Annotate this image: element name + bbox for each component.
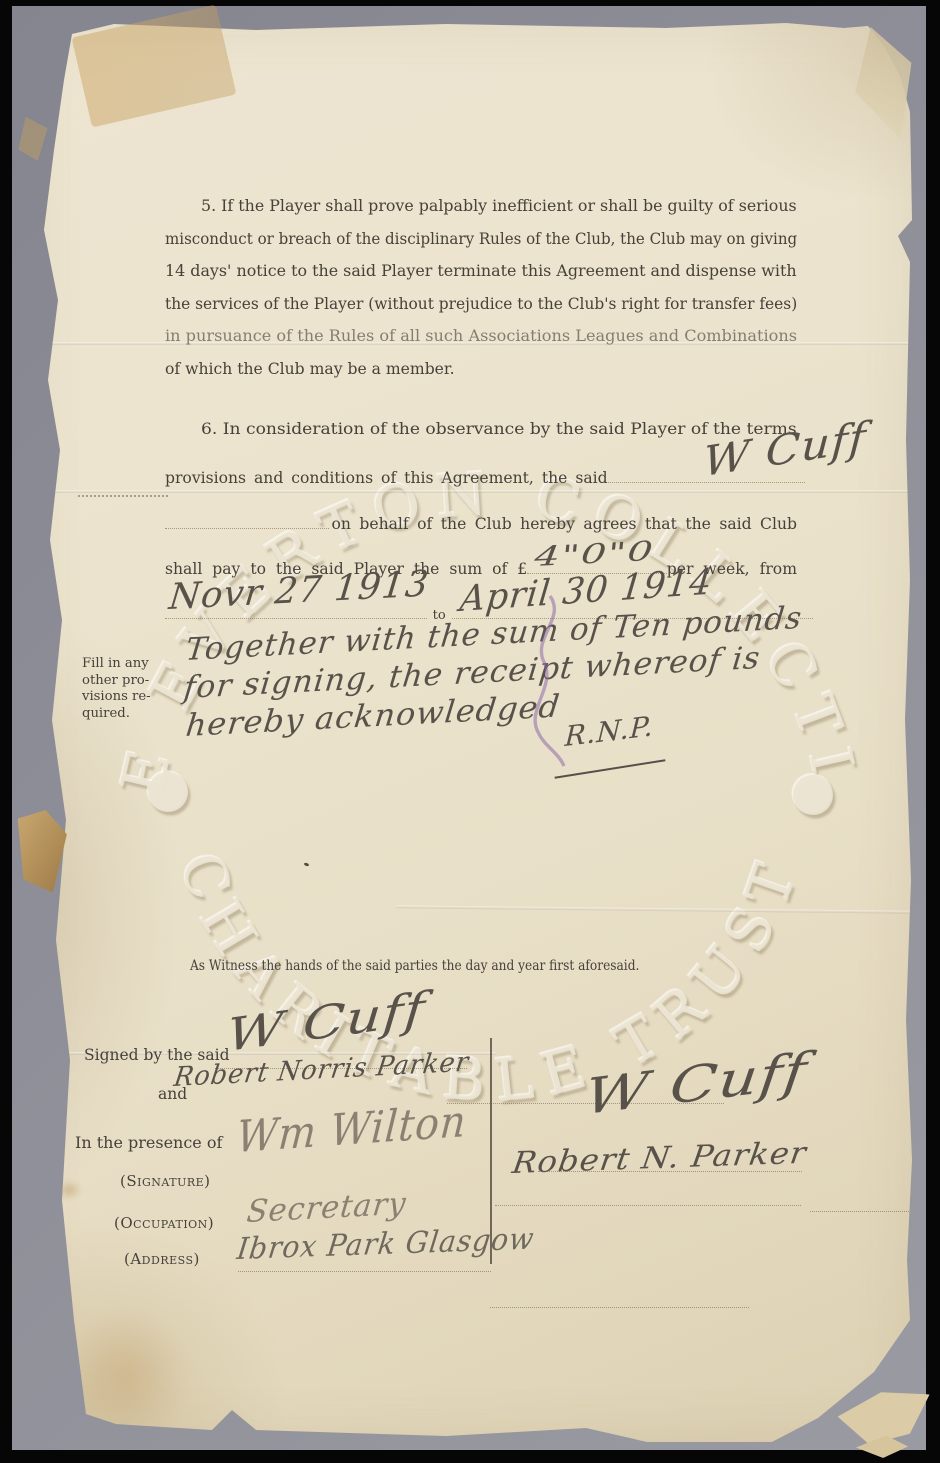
witness-address-line xyxy=(490,1293,749,1308)
clause-5-line: 5. If the Player shall prove palpably in… xyxy=(201,190,797,223)
fold-crease xyxy=(396,905,912,913)
margin-note-line: other pro- xyxy=(82,673,192,690)
address-label: (Address) xyxy=(124,1250,200,1268)
clause-5-line: the services of the Player (without prej… xyxy=(165,288,797,321)
right-party2-signature-line xyxy=(495,1191,801,1206)
fill-in-line: W Cuff xyxy=(608,468,805,483)
presence-label: In the presence of xyxy=(75,1133,222,1152)
document-paper: THE EVERTON COLLECTION CHARITABLE TRUST … xyxy=(26,20,912,1442)
clause-6-line-3-text: on behalf of the Club hereby agrees that… xyxy=(331,515,797,533)
clause-6-line-1-text: 6. In consideration of the observance by… xyxy=(201,420,797,438)
occupation-label: (Occupation) xyxy=(114,1214,214,1232)
fill-in-line xyxy=(165,514,329,529)
right-party1-signature: W Cuff xyxy=(582,1042,810,1126)
witness-clause-text: As Witness the hands of the said parties… xyxy=(190,958,639,974)
margin-note-line: quired. xyxy=(82,706,192,723)
scanned-document-page: { "watermark": { "arc_top": "THE EVERTON… xyxy=(0,0,940,1463)
watermark-right-dot xyxy=(793,775,833,815)
margin-note-line: Fill in any xyxy=(82,656,192,673)
clause-6-line-3: on behalf of the Club hereby agrees that… xyxy=(165,514,797,533)
clause-5-line: misconduct or breach of the disciplinary… xyxy=(165,223,797,256)
margin-note: Fill in any other pro- visions re- quire… xyxy=(82,656,192,722)
witness-occupation: Secretary xyxy=(245,1186,408,1230)
clause-6-line-2-text: provisions and conditions of this Agreem… xyxy=(165,469,608,487)
clause-5-line-faded: in pursuance of the Rules of all such As… xyxy=(165,320,797,353)
date-from-line: Novr 27 1913 xyxy=(165,604,427,619)
ink-speck xyxy=(304,862,310,867)
clause-5-paragraph: 5. If the Player shall prove palpably in… xyxy=(165,190,797,386)
smudge-mark xyxy=(78,492,168,497)
clause-6-line-2: provisions and conditions of this Agreem… xyxy=(165,468,805,487)
clause-5-line: of which the Club may be a member. xyxy=(165,360,455,378)
signature-label: (Signature) xyxy=(120,1172,211,1190)
witness-signature: Wm Wilton xyxy=(235,1096,468,1163)
clause-5-line: 14 days' notice to the said Player termi… xyxy=(165,255,797,288)
watermark-left-dot xyxy=(148,772,188,812)
presence-line xyxy=(538,1157,802,1172)
witness-clause: As Witness the hands of the said parties… xyxy=(190,958,707,974)
margin-note-line: visions re- xyxy=(82,689,192,706)
